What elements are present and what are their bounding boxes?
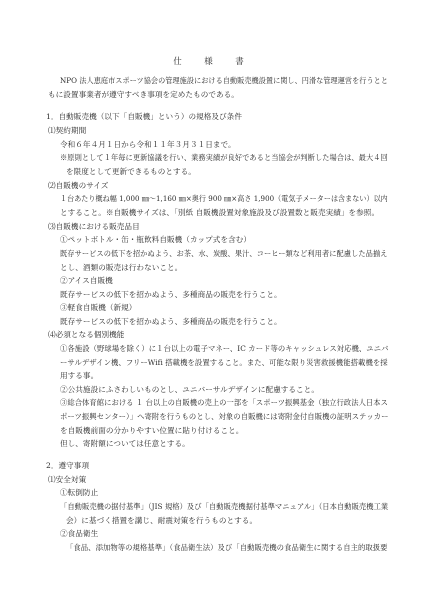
- section1-sub1-line: を限度として更新できるものとする。: [66, 167, 196, 177]
- section1-sub4-line: 用する事。: [60, 371, 98, 381]
- section1-sub1-heading: ⑴契約期間: [48, 126, 86, 136]
- section1-sub1-line: 令和６年４月１日から令和１１年３月３１日まで。: [60, 140, 236, 150]
- section1-sub4-line: ②公共施設にふさわしいものとし、ユニバーサルデザインに配慮すること。: [60, 385, 319, 395]
- document-page: 仕 様 書 NPO 法人恵庭市スポーツ協会の管理施設における自動販売機設置に関し…: [0, 0, 424, 600]
- section2-sub1-line: 会）に基づく措置を講じ、耐震対策を行うものとする。: [66, 516, 257, 526]
- section2-sub1-heading: ⑴安全対策: [48, 475, 86, 485]
- section1-sub3-heading: ⑶自販機における販売品目: [48, 222, 140, 232]
- section1-sub3-line: とし、酒類の販売は行わないこと。: [60, 263, 182, 273]
- section2-sub1-line: ①転倒防止: [60, 488, 98, 498]
- section1-sub2-line: とすること。※自販機サイズは、「別紙 自販機設置対象施設及び設置数と販売実績」を…: [60, 208, 379, 218]
- section2-sub1-line: ②食品衛生: [60, 529, 98, 539]
- section1-sub1-line: ※原則として１年毎に更新協議を行い、業務実績が良好であると当協会が判断した場合は…: [60, 153, 388, 163]
- document-title: 仕 様 書: [0, 55, 424, 67]
- section1-sub3-line: 既存サービスの低下を招かぬよう、多種商品の販売を行うこと。: [60, 290, 282, 300]
- section1-sub3-line: 既存サービスの低下を招かぬよう、多種商品の販売を行うこと。: [60, 317, 282, 327]
- intro-line-1: NPO 法人恵庭市スポーツ協会の管理施設における自動販売機設置に関し、円滑な管理…: [60, 76, 388, 86]
- section1-heading: 1．自動販売機（以下「自販機」という）の規格及び条件: [46, 112, 242, 122]
- section1-sub4-line: ③総合体育館における １ 台以上の自販機の売上の一部を「スポーツ振興基金（独立行…: [60, 398, 388, 408]
- section1-sub4-heading: ⑷必須となる個別機能: [48, 330, 124, 340]
- section2-sub1-line: 「食品、添加物等の規格基準」（食品衛生法）及び「自動販売機の食品衛生に関する自主…: [66, 543, 388, 553]
- section1-sub4-line: ①各施設（野球場を除く）に１台以上の電子マネー、IC カード等のキャッシュレス対…: [60, 344, 389, 354]
- section1-sub4-line: ーサルデザイン機、フリーWifi 搭載機を設置すること。また、可能な限り災害救援…: [60, 358, 388, 368]
- section1-sub2-heading: ⑵自販機のサイズ: [48, 181, 109, 191]
- section1-sub4-line: 但し、寄附額については任意とする。: [60, 439, 190, 449]
- section1-sub3-line: 既存サービスの低下を招かぬよう、お茶、水、炭酸、果汁、コーヒー類など利用者に配慮…: [60, 249, 388, 259]
- section1-sub4-line: ポーツ振興センター）」へ寄附を行うものとし、対象の自販機には寄附金付自販機の証明…: [60, 412, 389, 422]
- section1-sub3-line: ①ペットボトル・缶・瓶飲料自販機（カップ式を含む）: [60, 235, 251, 245]
- section2-sub1-line: 「自動販売機の据付基準」（JIS 規格）及び「自動販売機据付基準マニュアル」（日…: [60, 502, 388, 512]
- section1-sub3-line: ②アイス自販機: [60, 276, 113, 286]
- section1-sub4-line: を自販機前面の分かりやすい位置に貼り付けること。: [60, 426, 243, 436]
- intro-line-2: もに設置事業者が遵守すべき事項を定めたものである。: [48, 90, 239, 100]
- section1-sub3-line: ③軽食自販機（新規）: [60, 303, 136, 313]
- section2-heading: 2．遵守事項: [46, 461, 89, 471]
- section1-sub2-line: １台あたり概ね幅 1,000 ㎜～1,160 ㎜×奥行 900 ㎜×高さ 1,9…: [60, 194, 388, 204]
